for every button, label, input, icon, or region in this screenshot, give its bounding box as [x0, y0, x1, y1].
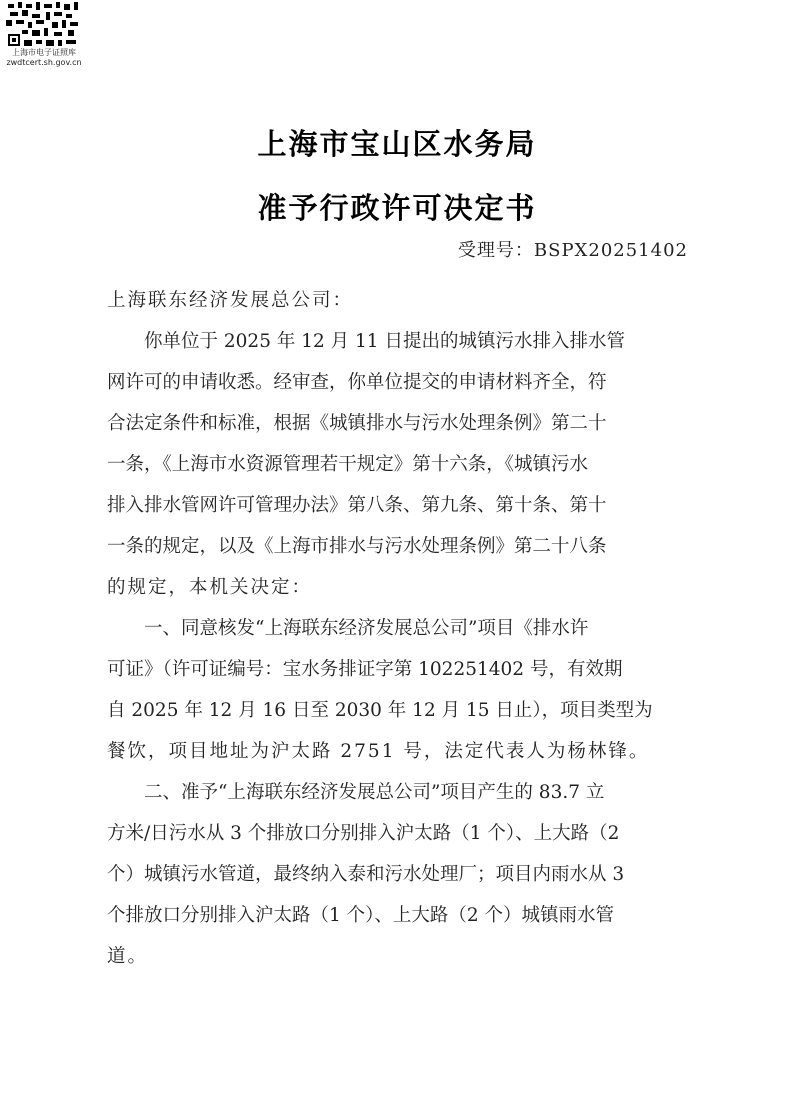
body-line: 餐饮，项目地址为沪太路 2751 号，法定代表人为杨林锋。: [107, 738, 687, 766]
qr-code-icon: [6, 2, 80, 48]
qr-caption-line1: 上海市电子证照库: [4, 48, 84, 58]
addressee: 上海联东经济发展总公司：: [107, 287, 687, 315]
body-line: 个排放口分别排入沪太路（1 个）、上大路（2 个）城镇雨水管: [107, 902, 687, 930]
document-title: 准予行政许可决定书: [0, 186, 794, 227]
body-line: 自 2025 年 12 月 16 日至 2030 年 12 月 15 日止），项…: [107, 697, 687, 725]
body-line: 排入排水管网许可管理办法》第八条、第九条、第十条、第十: [107, 492, 687, 520]
body-line: 网许可的申请收悉。经审查，你单位提交的申请材料齐全，符: [107, 369, 687, 397]
receipt-number: 受理号：BSPX20251402: [458, 236, 688, 262]
body-line: 可证》（许可证编号：宝水务排证字第 102251402 号，有效期: [107, 656, 687, 684]
body-line: 一条的规定，以及《上海市排水与污水处理条例》第二十八条: [107, 533, 687, 561]
decision-item-2: 二、准予“上海联东经济发展总公司”项目产生的 83.7 立: [144, 779, 687, 807]
body-line: 方米/日污水从 3 个排放口分别排入沪太路（1 个）、上大路（2: [107, 820, 687, 848]
body-line: 的规定，本机关决定：: [107, 574, 687, 602]
body-line: 个）城镇污水管道，最终纳入泰和污水处理厂；项目内雨水从 3: [107, 861, 687, 889]
qr-caption-line2: zwdtcert.sh.gov.cn: [4, 58, 84, 68]
issuer-heading: 上海市宝山区水务局: [0, 122, 794, 163]
body-line: 道。: [107, 943, 687, 971]
body-line: 你单位于 2025 年 12 月 11 日提出的城镇污水排入排水管: [144, 328, 687, 356]
decision-item-1: 一、同意核发“上海联东经济发展总公司”项目《排水许: [144, 615, 687, 643]
body-line: 一条，《上海市水资源管理若干规定》第十六条，《城镇污水: [107, 451, 687, 479]
body-line: 合法定条件和标准，根据《城镇排水与污水处理条例》第二十: [107, 410, 687, 438]
